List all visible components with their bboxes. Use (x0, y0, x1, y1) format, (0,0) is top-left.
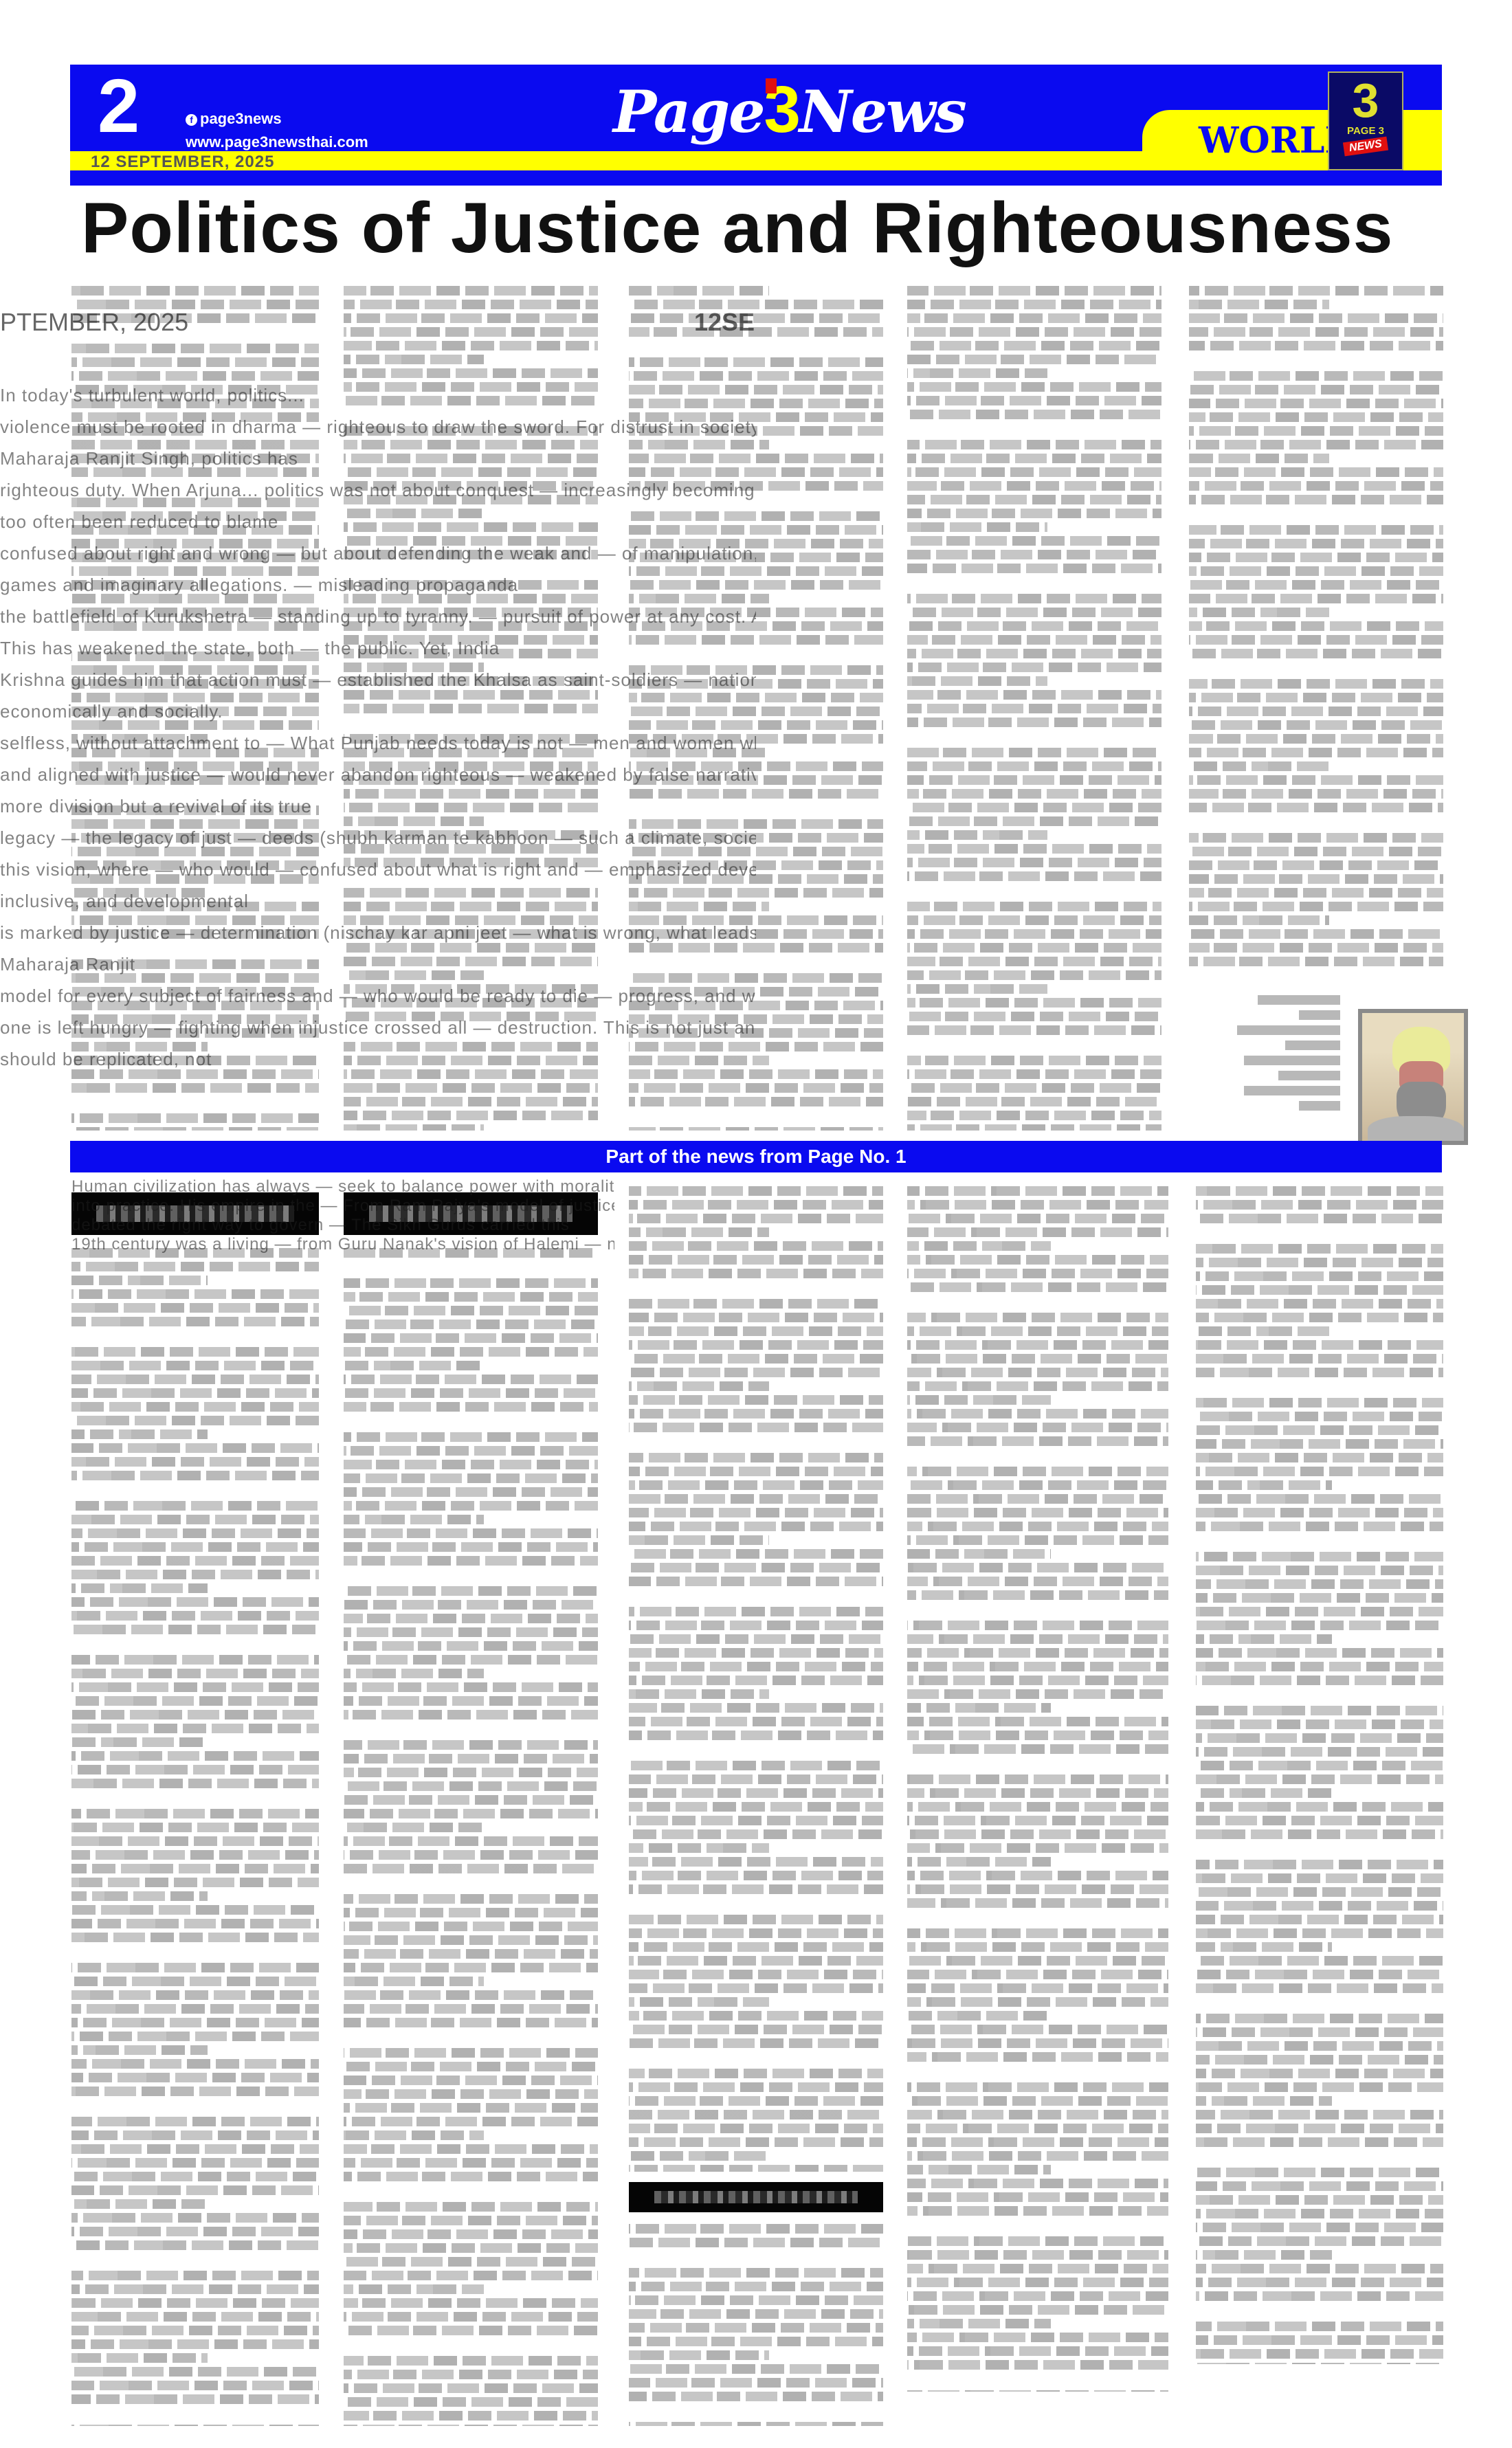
text-line (71, 1638, 319, 1651)
text-line (907, 2220, 1168, 2232)
text-line (907, 2346, 1168, 2356)
text-line (907, 663, 1161, 672)
article-column-2 (344, 282, 598, 1131)
text-line (344, 1696, 598, 1706)
text-line (1196, 1676, 1443, 1685)
text-line (629, 327, 883, 337)
text-line (1196, 1285, 1443, 1295)
text-line (1196, 1942, 1332, 1952)
text-line (1189, 327, 1443, 337)
text-line (344, 382, 598, 392)
text-line (71, 1583, 208, 1593)
text-line (1189, 860, 1443, 870)
text-line (344, 467, 598, 477)
text-line (907, 608, 1161, 617)
text-line (1196, 1227, 1443, 1240)
text-line (907, 1354, 1168, 1364)
text-line (629, 313, 883, 323)
text-line (629, 2282, 883, 2291)
text-line (907, 1983, 1168, 1993)
text-line (1196, 2096, 1332, 2106)
text-line (629, 481, 883, 491)
text-line (71, 426, 208, 436)
text-line (71, 1361, 319, 1370)
text-line (344, 1740, 598, 1750)
text-line (344, 2257, 598, 2267)
text-line (629, 608, 883, 617)
text-line (71, 2425, 319, 2426)
text-line (71, 286, 319, 296)
text-line (344, 454, 598, 463)
text-line (1196, 2110, 1443, 2119)
text-line (1196, 1425, 1443, 1435)
text-line (907, 423, 1161, 436)
text-line (629, 1186, 883, 1196)
text-line (344, 481, 598, 491)
text-line (629, 594, 769, 603)
text-line (907, 2038, 1168, 2048)
text-line (344, 1850, 598, 1860)
text-line (629, 2124, 883, 2133)
text-line (629, 539, 883, 548)
text-line (629, 2011, 883, 2021)
text-line (629, 649, 883, 661)
text-line (344, 704, 598, 713)
text-line (71, 2408, 319, 2421)
text-line (629, 2110, 883, 2119)
text-line (907, 382, 1161, 392)
text-line (1196, 1648, 1443, 1658)
text-line (344, 1542, 598, 1552)
text-line (71, 2172, 319, 2181)
text-line (629, 1083, 883, 1093)
text-line (71, 2312, 319, 2322)
text-line (629, 495, 883, 507)
text-line (344, 1963, 598, 1972)
text-line (907, 2179, 1168, 2188)
text-line (1189, 454, 1329, 463)
text-line (907, 717, 1161, 727)
text-line (629, 2323, 883, 2333)
text-line (1189, 803, 1443, 812)
continued-from-page-1-banner: Part of the news from Page No. 1 (70, 1141, 1442, 1172)
text-line (1196, 1313, 1443, 1322)
text-line (344, 1278, 598, 1288)
text-line (344, 440, 598, 449)
text-line (629, 2309, 883, 2319)
text-line (1189, 734, 1443, 744)
text-line (629, 803, 883, 815)
text-line (907, 1843, 1168, 1853)
news-column-3a (629, 1182, 883, 2172)
text-line (1196, 2069, 1443, 2078)
text-line (907, 509, 1161, 518)
article-column-5 (1189, 282, 1443, 976)
text-line (344, 888, 598, 898)
text-line (1196, 2014, 1443, 2023)
text-line (71, 1946, 319, 1959)
text-line (629, 819, 883, 829)
text-line (907, 858, 1161, 867)
text-line (629, 1898, 883, 1911)
text-line (344, 734, 598, 744)
text-line (629, 2025, 883, 2034)
text-line (1196, 1621, 1443, 1630)
text-line (1189, 525, 1443, 535)
text-line (907, 844, 1161, 854)
text-line (344, 915, 598, 925)
text-line (907, 902, 1161, 911)
logo-number: 3 (1329, 76, 1402, 125)
text-line (1196, 1689, 1443, 1702)
text-line (71, 665, 319, 675)
text-line (71, 761, 319, 771)
text-line (71, 1331, 319, 1343)
text-line (629, 341, 883, 353)
text-line (629, 1634, 883, 1644)
text-line (629, 1884, 883, 1894)
text-line (71, 943, 319, 955)
text-line (629, 385, 883, 394)
text-line (71, 580, 208, 590)
text-line (1196, 1774, 1443, 1784)
text-line (907, 1039, 1161, 1051)
byline-line (1237, 1025, 1340, 1035)
text-line (1196, 1412, 1443, 1421)
text-line (344, 1248, 598, 1258)
text-line (629, 2378, 883, 2388)
text-line (71, 1611, 319, 1621)
text-line (629, 1843, 769, 1853)
text-line (344, 1682, 598, 1692)
text-line (629, 1227, 769, 1237)
text-line (344, 2243, 598, 2253)
website-link[interactable]: www.page3newsthai.com (186, 131, 368, 154)
text-line (907, 2250, 1168, 2260)
text-line (629, 1001, 883, 1010)
text-line (1196, 2236, 1443, 2246)
text-line (907, 2264, 1168, 2273)
text-line (71, 1710, 319, 1720)
text-line (629, 1689, 769, 1699)
text-line (71, 399, 319, 408)
text-line (629, 1648, 883, 1658)
brand-logo: Page3News (613, 77, 966, 143)
text-line (907, 704, 1161, 713)
text-line (344, 957, 598, 966)
text-line (629, 1703, 883, 1713)
text-line (907, 1774, 1168, 1784)
text-line (71, 2339, 319, 2349)
text-line (71, 621, 319, 631)
text-line (344, 2298, 598, 2308)
text-line (1189, 539, 1443, 548)
text-line (1189, 594, 1443, 603)
text-line (344, 1655, 598, 1665)
text-line (907, 998, 1161, 1008)
text-line (1196, 1535, 1443, 1548)
text-line (1189, 580, 1443, 590)
text-line (344, 1935, 598, 1945)
text-line (344, 761, 598, 771)
text-line (629, 847, 883, 856)
text-line (907, 649, 1161, 658)
text-line (71, 679, 319, 689)
text-line (907, 1717, 1168, 1726)
text-line (629, 357, 883, 367)
text-line (71, 357, 319, 367)
text-line (344, 2411, 598, 2421)
text-line (1196, 1706, 1443, 1715)
text-line (907, 1535, 1168, 1545)
article-headline: Politics of Justice and Righteousness (81, 187, 1442, 269)
text-line (907, 1970, 1168, 1979)
text-line (71, 2240, 319, 2250)
text-line (71, 706, 319, 716)
text-line (1196, 2082, 1443, 2092)
text-line (907, 943, 1161, 953)
text-line (629, 2392, 883, 2401)
text-line (629, 1326, 883, 1336)
text-line (629, 1983, 883, 1993)
text-line (71, 2117, 319, 2126)
text-line (344, 2339, 598, 2352)
text-line (629, 1127, 883, 1131)
text-line (71, 1303, 319, 1313)
page-number: 2 (98, 69, 140, 144)
text-line (907, 957, 1161, 966)
text-line (1196, 2363, 1443, 2364)
text-line (907, 2206, 1168, 2216)
text-line (629, 300, 883, 309)
text-line (629, 1299, 883, 1309)
text-line (907, 1590, 1168, 1600)
text-line (344, 1641, 598, 1651)
text-line (71, 1625, 319, 1634)
text-line (344, 509, 484, 518)
text-line (1196, 1579, 1443, 1589)
text-line (1189, 833, 1443, 843)
text-line (344, 970, 484, 980)
text-line (1196, 2209, 1443, 2218)
text-line (907, 690, 1161, 700)
text-line (1196, 1873, 1443, 1883)
text-line (629, 2224, 883, 2234)
text-line (344, 748, 598, 757)
news-column-2 (344, 1244, 598, 2426)
text-line (629, 2238, 883, 2247)
text-line (71, 511, 319, 521)
text-line (344, 1823, 484, 1832)
text-line (907, 2278, 1168, 2287)
text-line (907, 676, 1047, 686)
text-line (71, 1655, 319, 1665)
text-line (1189, 789, 1443, 799)
text-line (907, 1069, 1161, 1079)
text-line (907, 2124, 1168, 2133)
text-line (1196, 2055, 1443, 2065)
text-line (629, 1774, 883, 1784)
text-line (1196, 1552, 1443, 1561)
text-line (344, 355, 484, 364)
text-line (344, 1012, 598, 1021)
text-line (629, 1354, 883, 1364)
text-line (629, 1255, 883, 1265)
text-line (71, 481, 319, 493)
text-line (629, 1014, 883, 1024)
text-line (629, 2038, 883, 2048)
text-line (344, 2158, 598, 2168)
text-line (71, 902, 319, 911)
text-line (71, 2326, 319, 2335)
article-column-3 (629, 282, 883, 1131)
text-line (907, 2305, 1168, 2315)
brand-suffix: News (799, 78, 966, 146)
text-line (629, 748, 769, 757)
text-line (907, 1758, 1168, 1770)
text-line (907, 1857, 1051, 1867)
text-line (344, 1864, 598, 1873)
facebook-link[interactable]: fpage3news (186, 107, 368, 131)
text-line (71, 1556, 319, 1566)
text-line (344, 844, 598, 854)
text-line (344, 621, 598, 631)
text-line (629, 1467, 883, 1476)
text-line (907, 1802, 1168, 1812)
text-line (907, 1227, 1168, 1237)
text-line (907, 1214, 1168, 1223)
text-line (71, 1276, 208, 1285)
text-line (629, 833, 883, 843)
text-line (907, 410, 1161, 419)
text-line (71, 566, 319, 576)
text-line (71, 1779, 319, 1788)
text-line (71, 2227, 319, 2236)
text-line (907, 2137, 1168, 2147)
text-line (907, 495, 1161, 504)
text-line (71, 2254, 319, 2267)
text-line (344, 1836, 598, 1846)
text-line (71, 2004, 319, 2014)
text-line (907, 564, 1161, 573)
text-line (71, 2213, 319, 2223)
text-line (907, 327, 1161, 337)
text-line (1189, 943, 1443, 953)
text-line (344, 1781, 598, 1791)
text-line (71, 1515, 319, 1524)
article-column-1 (71, 282, 319, 1131)
text-line (71, 874, 319, 884)
text-line (344, 943, 598, 953)
text-line (71, 1597, 319, 1607)
text-line (344, 2032, 598, 2044)
text-line (629, 2364, 883, 2374)
article-column-4 (907, 282, 1161, 1131)
text-line (1189, 816, 1443, 829)
text-line (907, 1255, 1168, 1265)
text-line (71, 2032, 319, 2041)
text-line (629, 2082, 883, 2092)
text-line (907, 1604, 1168, 1616)
text-line (907, 1522, 1168, 1531)
text-line (907, 1423, 1168, 1432)
text-line (71, 1905, 319, 1915)
text-line (344, 1292, 598, 1302)
text-line (907, 1012, 1161, 1021)
text-line (629, 888, 883, 898)
text-line (907, 522, 1047, 532)
text-line (629, 1829, 883, 1839)
text-line (344, 2089, 598, 2099)
text-line (629, 1535, 769, 1545)
text-line (629, 635, 883, 645)
text-line (907, 2165, 1051, 2174)
text-line (71, 833, 319, 843)
text-line (1196, 1214, 1443, 1223)
text-line (344, 816, 484, 826)
text-line (344, 2062, 598, 2071)
text-line (907, 2052, 1168, 2062)
text-line (629, 860, 883, 870)
text-line (344, 1333, 598, 1343)
text-line (344, 830, 598, 840)
byline-line (1299, 1010, 1340, 1020)
text-line (344, 1614, 598, 1623)
text-line (1196, 1829, 1443, 1839)
text-line (71, 1864, 319, 1873)
text-line (907, 1788, 1168, 1798)
text-line (907, 454, 1161, 463)
text-line (1196, 1747, 1443, 1757)
text-line (907, 1884, 1168, 1894)
text-line (344, 1375, 598, 1384)
text-line (629, 1563, 883, 1572)
text-line (71, 1402, 319, 1412)
text-line (1189, 608, 1329, 617)
text-line (71, 1375, 319, 1384)
text-line (344, 1710, 598, 1720)
text-line (344, 2216, 598, 2225)
byline-line (1258, 995, 1340, 1005)
text-line (344, 1949, 598, 1959)
text-line (344, 2229, 598, 2239)
news-column-1 (71, 1244, 319, 2426)
text-line (1196, 1381, 1443, 1394)
text-line (1189, 621, 1443, 631)
text-line (1189, 355, 1443, 367)
text-line (344, 690, 598, 700)
text-line (1189, 915, 1329, 925)
text-line (71, 1471, 319, 1480)
text-line (629, 1970, 883, 1979)
text-line (1196, 1480, 1332, 1490)
text-line (907, 1368, 1168, 1377)
text-line (344, 368, 598, 378)
text-line (1196, 1733, 1443, 1743)
text-line (1189, 679, 1443, 689)
text-line (907, 1744, 1168, 1754)
text-line (344, 1795, 598, 1805)
text-line (344, 858, 598, 867)
text-line (629, 399, 883, 408)
text-line (71, 454, 319, 463)
text-line (344, 1724, 598, 1736)
text-line (71, 1977, 319, 1986)
byline-line (1285, 1041, 1340, 1050)
text-line (344, 1515, 484, 1524)
text-line (907, 1898, 1168, 1908)
text-line (1196, 2223, 1443, 2232)
